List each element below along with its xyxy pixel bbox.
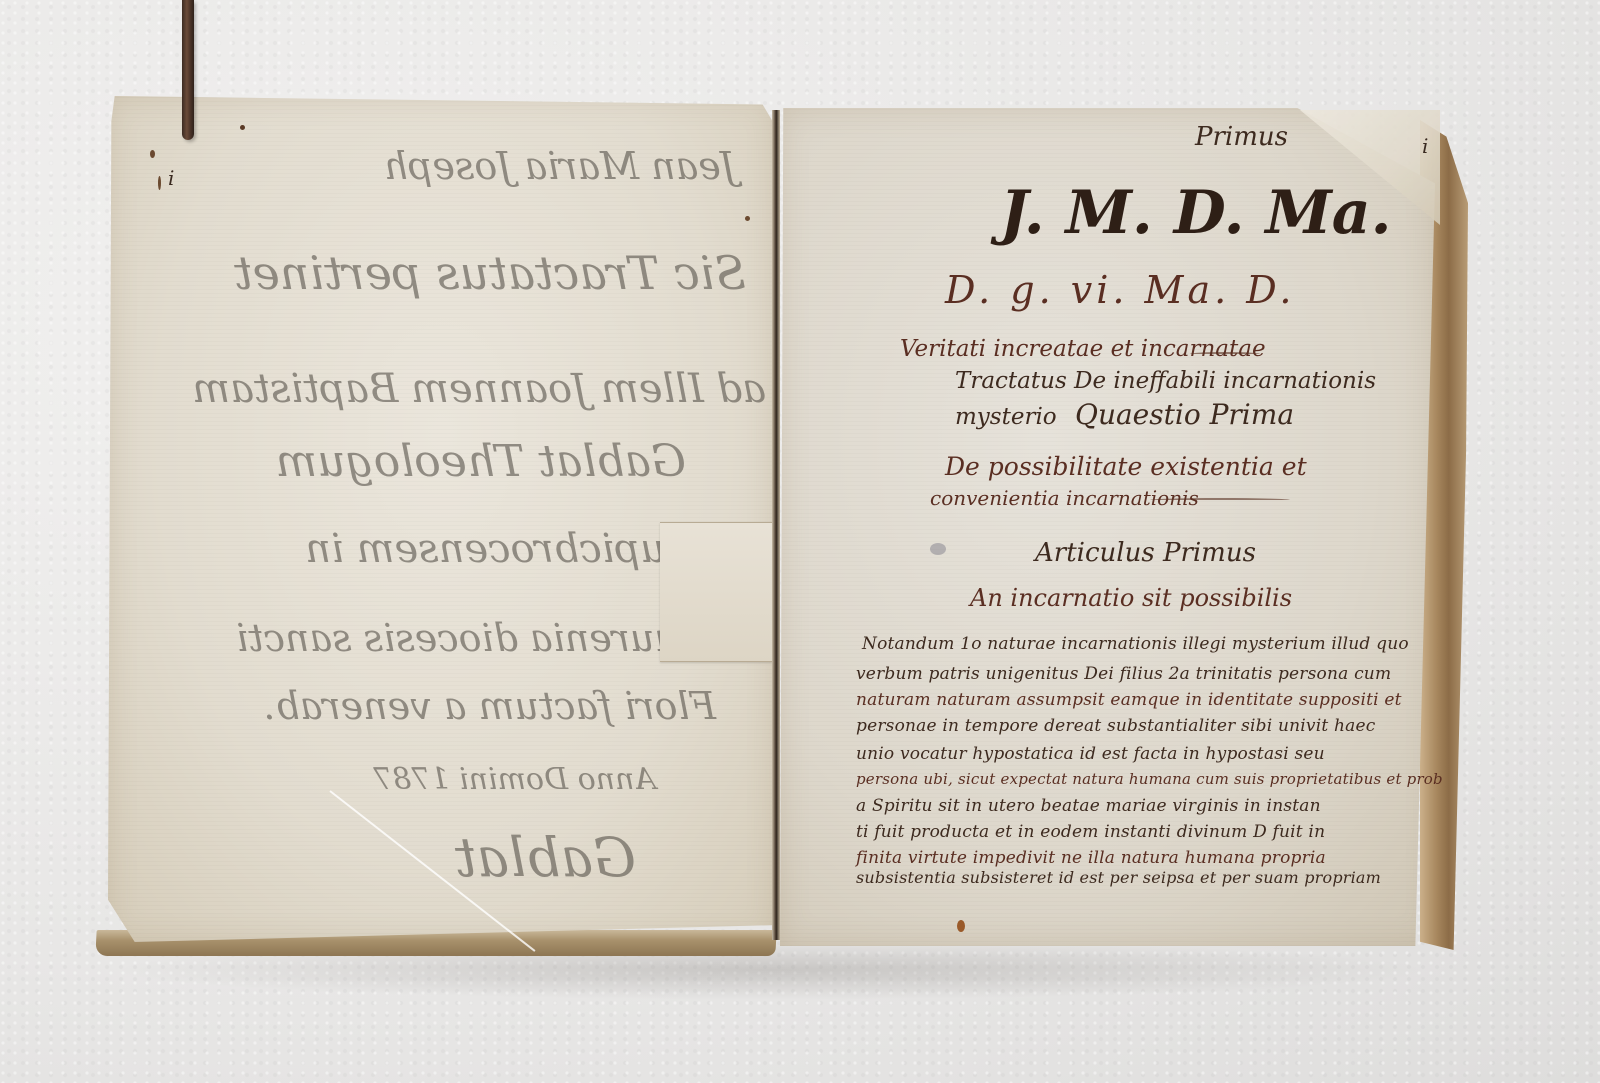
left-page-bleed-through-text: Jean Maria Joseph Sic Tractatus pertinet… (108, 96, 776, 942)
bleed-signature: Gablat (455, 826, 636, 889)
title-line-2b: Quaestio Prima (1075, 398, 1294, 431)
article-question: An incarnatio sit possibilis (970, 584, 1292, 612)
catchword-primus: Primus (1195, 122, 1288, 152)
bleed-line: Gablat Theologum (275, 436, 686, 487)
title-line-1: Tractatus De ineffabili incarnationis (955, 368, 1376, 394)
rust-stain (957, 920, 965, 932)
flourish (1150, 498, 1290, 502)
monogram-line-2: D. g. vi. Ma. D. (945, 268, 1295, 312)
bleed-line: Flori factum a venerab. (263, 684, 716, 728)
bleed-line: Anno Domini 1787 (373, 762, 656, 797)
body-line: a Spiritu sit in utero beatae mariae vir… (856, 796, 1321, 816)
body-line: persona ubi, sicut expectat natura human… (856, 770, 1443, 788)
body-line: subsistentia subsisteret id est per seip… (856, 868, 1381, 887)
body-line: finita virtute impedivit ne illa natura … (856, 848, 1326, 868)
book-spine (772, 110, 780, 940)
body-line: naturam naturam assumpsit eamque in iden… (856, 690, 1402, 710)
body-line: verbum patris unigenitus Dei filius 2a t… (856, 664, 1391, 684)
torn-paper-flap (660, 522, 772, 662)
monogram-line-1: J. M. D. Ma. (1000, 178, 1392, 248)
bleed-line: ad Illem Joannem Baptistam (192, 366, 766, 412)
bleed-line: Jean Maria Joseph (384, 144, 736, 188)
left-folio-mark: i (168, 166, 174, 190)
bleed-line: Sic Tractatus pertinet (234, 246, 746, 300)
ink-blot (930, 543, 946, 555)
body-line: unio vocatur hypostatica id est facta in… (856, 744, 1325, 764)
body-line: ti fuit producta et in eodem instanti di… (856, 822, 1325, 842)
subtitle-line-1: De possibilitate existentia et (945, 452, 1307, 481)
bleed-line: Maurenia diocesis sancti (236, 616, 716, 660)
right-folio-mark: i (1422, 134, 1428, 158)
body-line: Notandum 1o naturae incarnationis illegi… (862, 634, 1409, 654)
title-line-2a: mysterio (955, 404, 1057, 430)
body-line: personae in tempore dereat substantialit… (856, 716, 1375, 736)
article-heading: Articulus Primus (1035, 538, 1256, 568)
metal-pin (182, 0, 194, 140)
dedication-line: Veritati increatae et incarnatae (900, 336, 1266, 362)
flourish (1190, 352, 1260, 356)
bleed-line: Rupicbrocensem in (305, 526, 696, 572)
